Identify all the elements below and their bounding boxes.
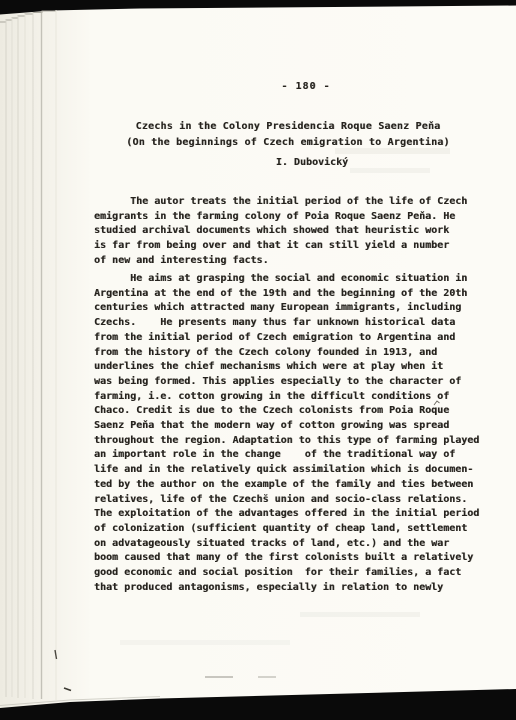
page-number: - 180 - xyxy=(256,80,356,94)
document-title: Czechs in the Colony Presidencia Roque S… xyxy=(96,119,480,150)
author-name: I. Dubovický xyxy=(120,156,504,170)
scanned-page: - 180 - Czechs in the Colony Presidencia… xyxy=(0,0,516,720)
title-line-1: Czechs in the Colony Presidencia Roque S… xyxy=(96,119,480,135)
paragraph-body: He aims at grasping the social and econo… xyxy=(94,272,479,595)
title-line-2: (On the beginnings of Czech emigration t… xyxy=(96,135,480,151)
paragraph-abstract: The autor treats the initial period of t… xyxy=(94,195,467,269)
